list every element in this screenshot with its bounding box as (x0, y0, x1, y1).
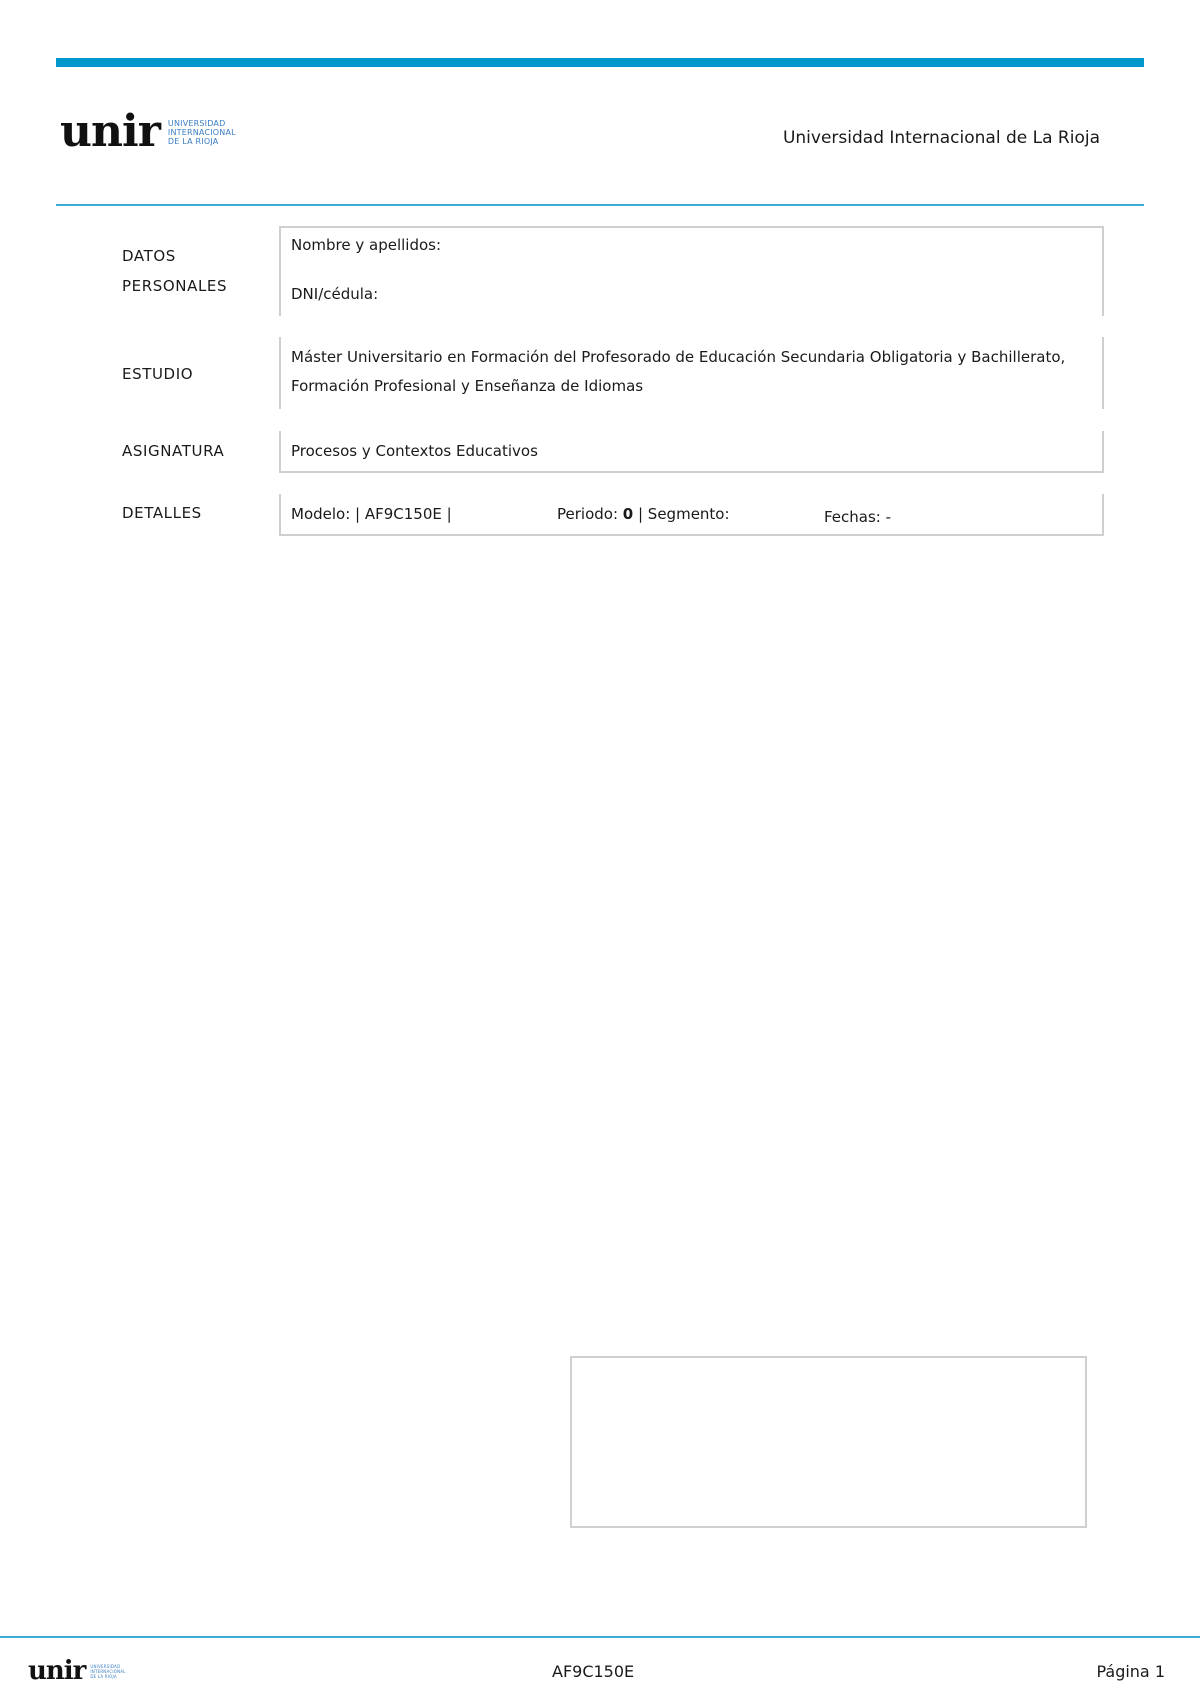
unir-logo: unir UNIVERSIDAD INTERNACIONAL DE LA RIO… (60, 110, 236, 154)
footer-divider (0, 1636, 1200, 1638)
id-field-label: DNI/cédula: (291, 285, 378, 303)
footer-document-code: AF9C150E (552, 1662, 634, 1681)
university-name: Universidad Internacional de La Rioja (783, 128, 1100, 148)
header-accent-bar (56, 58, 1144, 67)
study-value-line-2: Formación Profesional y Enseñanza de Idi… (291, 372, 1102, 401)
period-value: 0 (623, 505, 633, 523)
personal-data-label: DATOS PERSONALES (122, 241, 227, 301)
footer-unir-logo: unir UNIVERSIDAD INTERNACIONAL DE LA RIO… (28, 1658, 126, 1684)
footer-logo-wordmark: unir (28, 1658, 85, 1684)
logo-wordmark: unir (60, 110, 160, 154)
personal-data-box: Nombre y apellidos: DNI/cédula: (279, 226, 1104, 316)
details-period: Periodo: 0 | Segmento: (557, 494, 730, 534)
logo-subtitle: UNIVERSIDAD INTERNACIONAL DE LA RIOJA (168, 119, 236, 146)
header-divider (56, 204, 1144, 206)
details-model: Modelo: | AF9C150E | (291, 494, 452, 534)
grade-signature-box (570, 1356, 1087, 1528)
subject-box: Procesos y Contextos Educativos (279, 431, 1104, 473)
subject-value: Procesos y Contextos Educativos (291, 442, 538, 460)
name-field-label: Nombre y apellidos: (291, 236, 441, 254)
study-value-line-1: Máster Universitario en Formación del Pr… (291, 343, 1102, 372)
study-box: Máster Universitario en Formación del Pr… (279, 337, 1104, 409)
footer-page-number: Página 1 (1096, 1662, 1165, 1681)
study-label: ESTUDIO (122, 359, 193, 389)
details-box: Modelo: | AF9C150E | Periodo: 0 | Segmen… (279, 494, 1104, 536)
details-dates: Fechas: - (824, 497, 891, 537)
footer-logo-subtitle: UNIVERSIDAD INTERNACIONAL DE LA RIOJA (90, 1664, 125, 1679)
page-header: unir UNIVERSIDAD INTERNACIONAL DE LA RIO… (56, 110, 1144, 172)
details-label: DETALLES (122, 498, 202, 528)
subject-label: ASIGNATURA (122, 436, 224, 466)
